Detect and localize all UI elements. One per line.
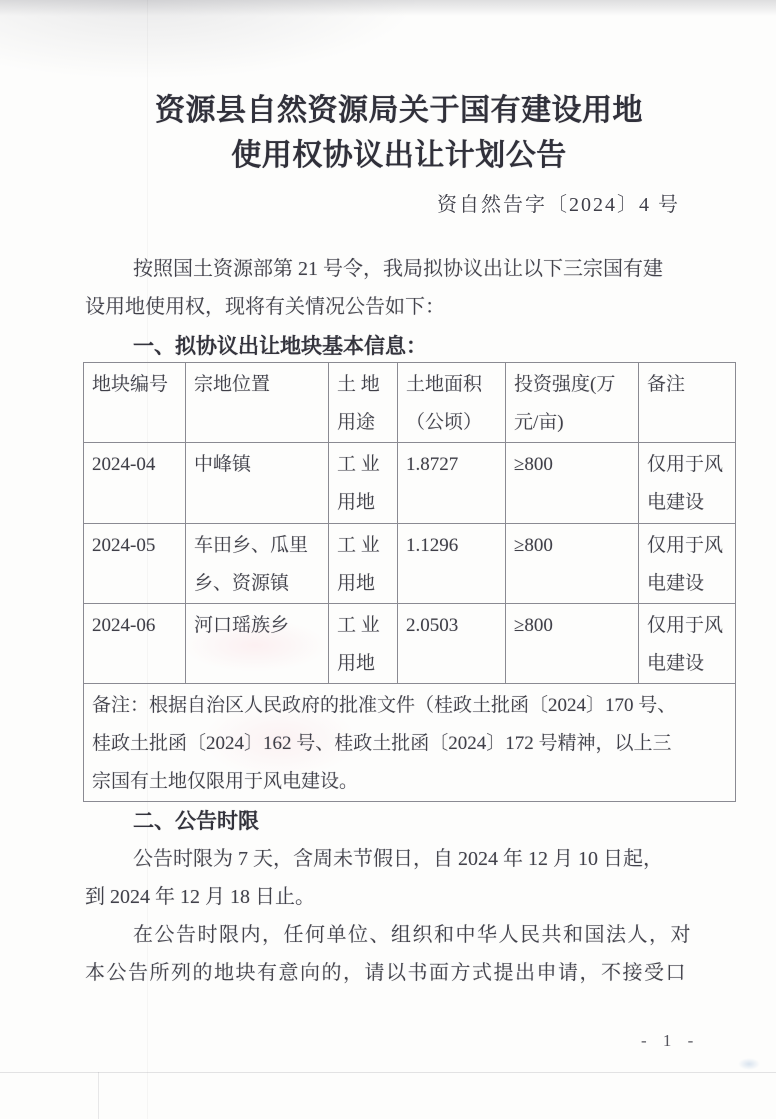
- column-header-investment-intensity: 投资强度(万 元/亩): [506, 363, 639, 443]
- notice-period-paragraph: 公告时限为 7 天，含周未节假日，自 2024 年 12 月 10 日起， 到 …: [85, 840, 705, 916]
- cell-parcel-location: 河口瑶族乡: [186, 604, 329, 684]
- document-title: 资源县自然资源局关于国有建设用地 使用权协议出让计划公告: [11, 88, 776, 178]
- section-2-heading: 二、公告时限: [133, 807, 259, 837]
- document-title-line-1: 资源县自然资源局关于国有建设用地: [11, 88, 776, 133]
- page-number: - 1 -: [641, 1031, 695, 1051]
- column-header-remarks: 备注: [639, 363, 736, 443]
- table-header-row: 地块编号 宗地位置 土 地 用途 土地面积 （公顷） 投资强度(万 元/亩) 备…: [84, 363, 736, 443]
- application-paragraph: 在公告时限内，任何单位、组织和中华人民共和国法人，对 本公告所列的地块有意向的，…: [85, 916, 710, 992]
- cell-parcel-location: 中峰镇: [186, 443, 329, 524]
- cell-investment-intensity: ≥800: [506, 524, 639, 604]
- table-note-row: 备注：根据自治区人民政府的批准文件（桂政土批函〔2024〕170 号、 桂政土批…: [84, 684, 736, 802]
- intro-paragraph: 按照国土资源部第 21 号令，我局拟协议出让以下三宗国有建 设用地使用权，现将有…: [85, 250, 705, 326]
- table-row: 2024-06 河口瑶族乡 工 业 用地 2.0503 ≥800 仅用于风 电建…: [84, 604, 736, 684]
- table-row: 2024-05 车田乡、瓜里 乡、资源镇 工 业 用地 1.1296 ≥800 …: [84, 524, 736, 604]
- scanned-document-page: 资源县自然资源局关于国有建设用地 使用权协议出让计划公告 资自然告字〔2024〕…: [0, 0, 776, 1119]
- cell-plot-number: 2024-06: [84, 604, 186, 684]
- column-header-land-area: 土地面积 （公顷）: [398, 363, 506, 443]
- cell-land-use: 工 业 用地: [329, 604, 398, 684]
- column-header-land-use: 土 地 用途: [329, 363, 398, 443]
- cell-remarks: 仅用于风 电建设: [639, 524, 736, 604]
- cell-remarks: 仅用于风 电建设: [639, 443, 736, 524]
- cell-land-use: 工 业 用地: [329, 443, 398, 524]
- land-parcels-table: 地块编号 宗地位置 土 地 用途 土地面积 （公顷） 投资强度(万 元/亩) 备…: [83, 362, 736, 802]
- column-header-parcel-location: 宗地位置: [186, 363, 329, 443]
- table-row: 2024-04 中峰镇 工 业 用地 1.8727 ≥800 仅用于风 电建设: [84, 443, 736, 524]
- cell-land-area: 2.0503: [398, 604, 506, 684]
- scan-artifact-top-left: [0, 0, 420, 80]
- cell-plot-number: 2024-04: [84, 443, 186, 524]
- cell-plot-number: 2024-05: [84, 524, 186, 604]
- cell-land-area: 1.1296: [398, 524, 506, 604]
- document-reference-number: 资自然告字〔2024〕4 号: [437, 188, 680, 217]
- cell-investment-intensity: ≥800: [506, 443, 639, 524]
- column-header-plot-number: 地块编号: [84, 363, 186, 443]
- document-title-line-2: 使用权协议出让计划公告: [11, 133, 776, 178]
- cell-land-use: 工 业 用地: [329, 524, 398, 604]
- cell-parcel-location: 车田乡、瓜里 乡、资源镇: [186, 524, 329, 604]
- section-1-heading: 一、拟协议出让地块基本信息：: [133, 332, 427, 362]
- scan-artifact-bottom-vline: [98, 1072, 99, 1119]
- cell-land-area: 1.8727: [398, 443, 506, 524]
- cell-remarks: 仅用于风 电建设: [639, 604, 736, 684]
- table-note: 备注：根据自治区人民政府的批准文件（桂政土批函〔2024〕170 号、 桂政土批…: [84, 684, 736, 802]
- cell-investment-intensity: ≥800: [506, 604, 639, 684]
- scan-artifact-blue-speck: [738, 1058, 760, 1070]
- scan-artifact-bottom-line: [0, 1072, 776, 1073]
